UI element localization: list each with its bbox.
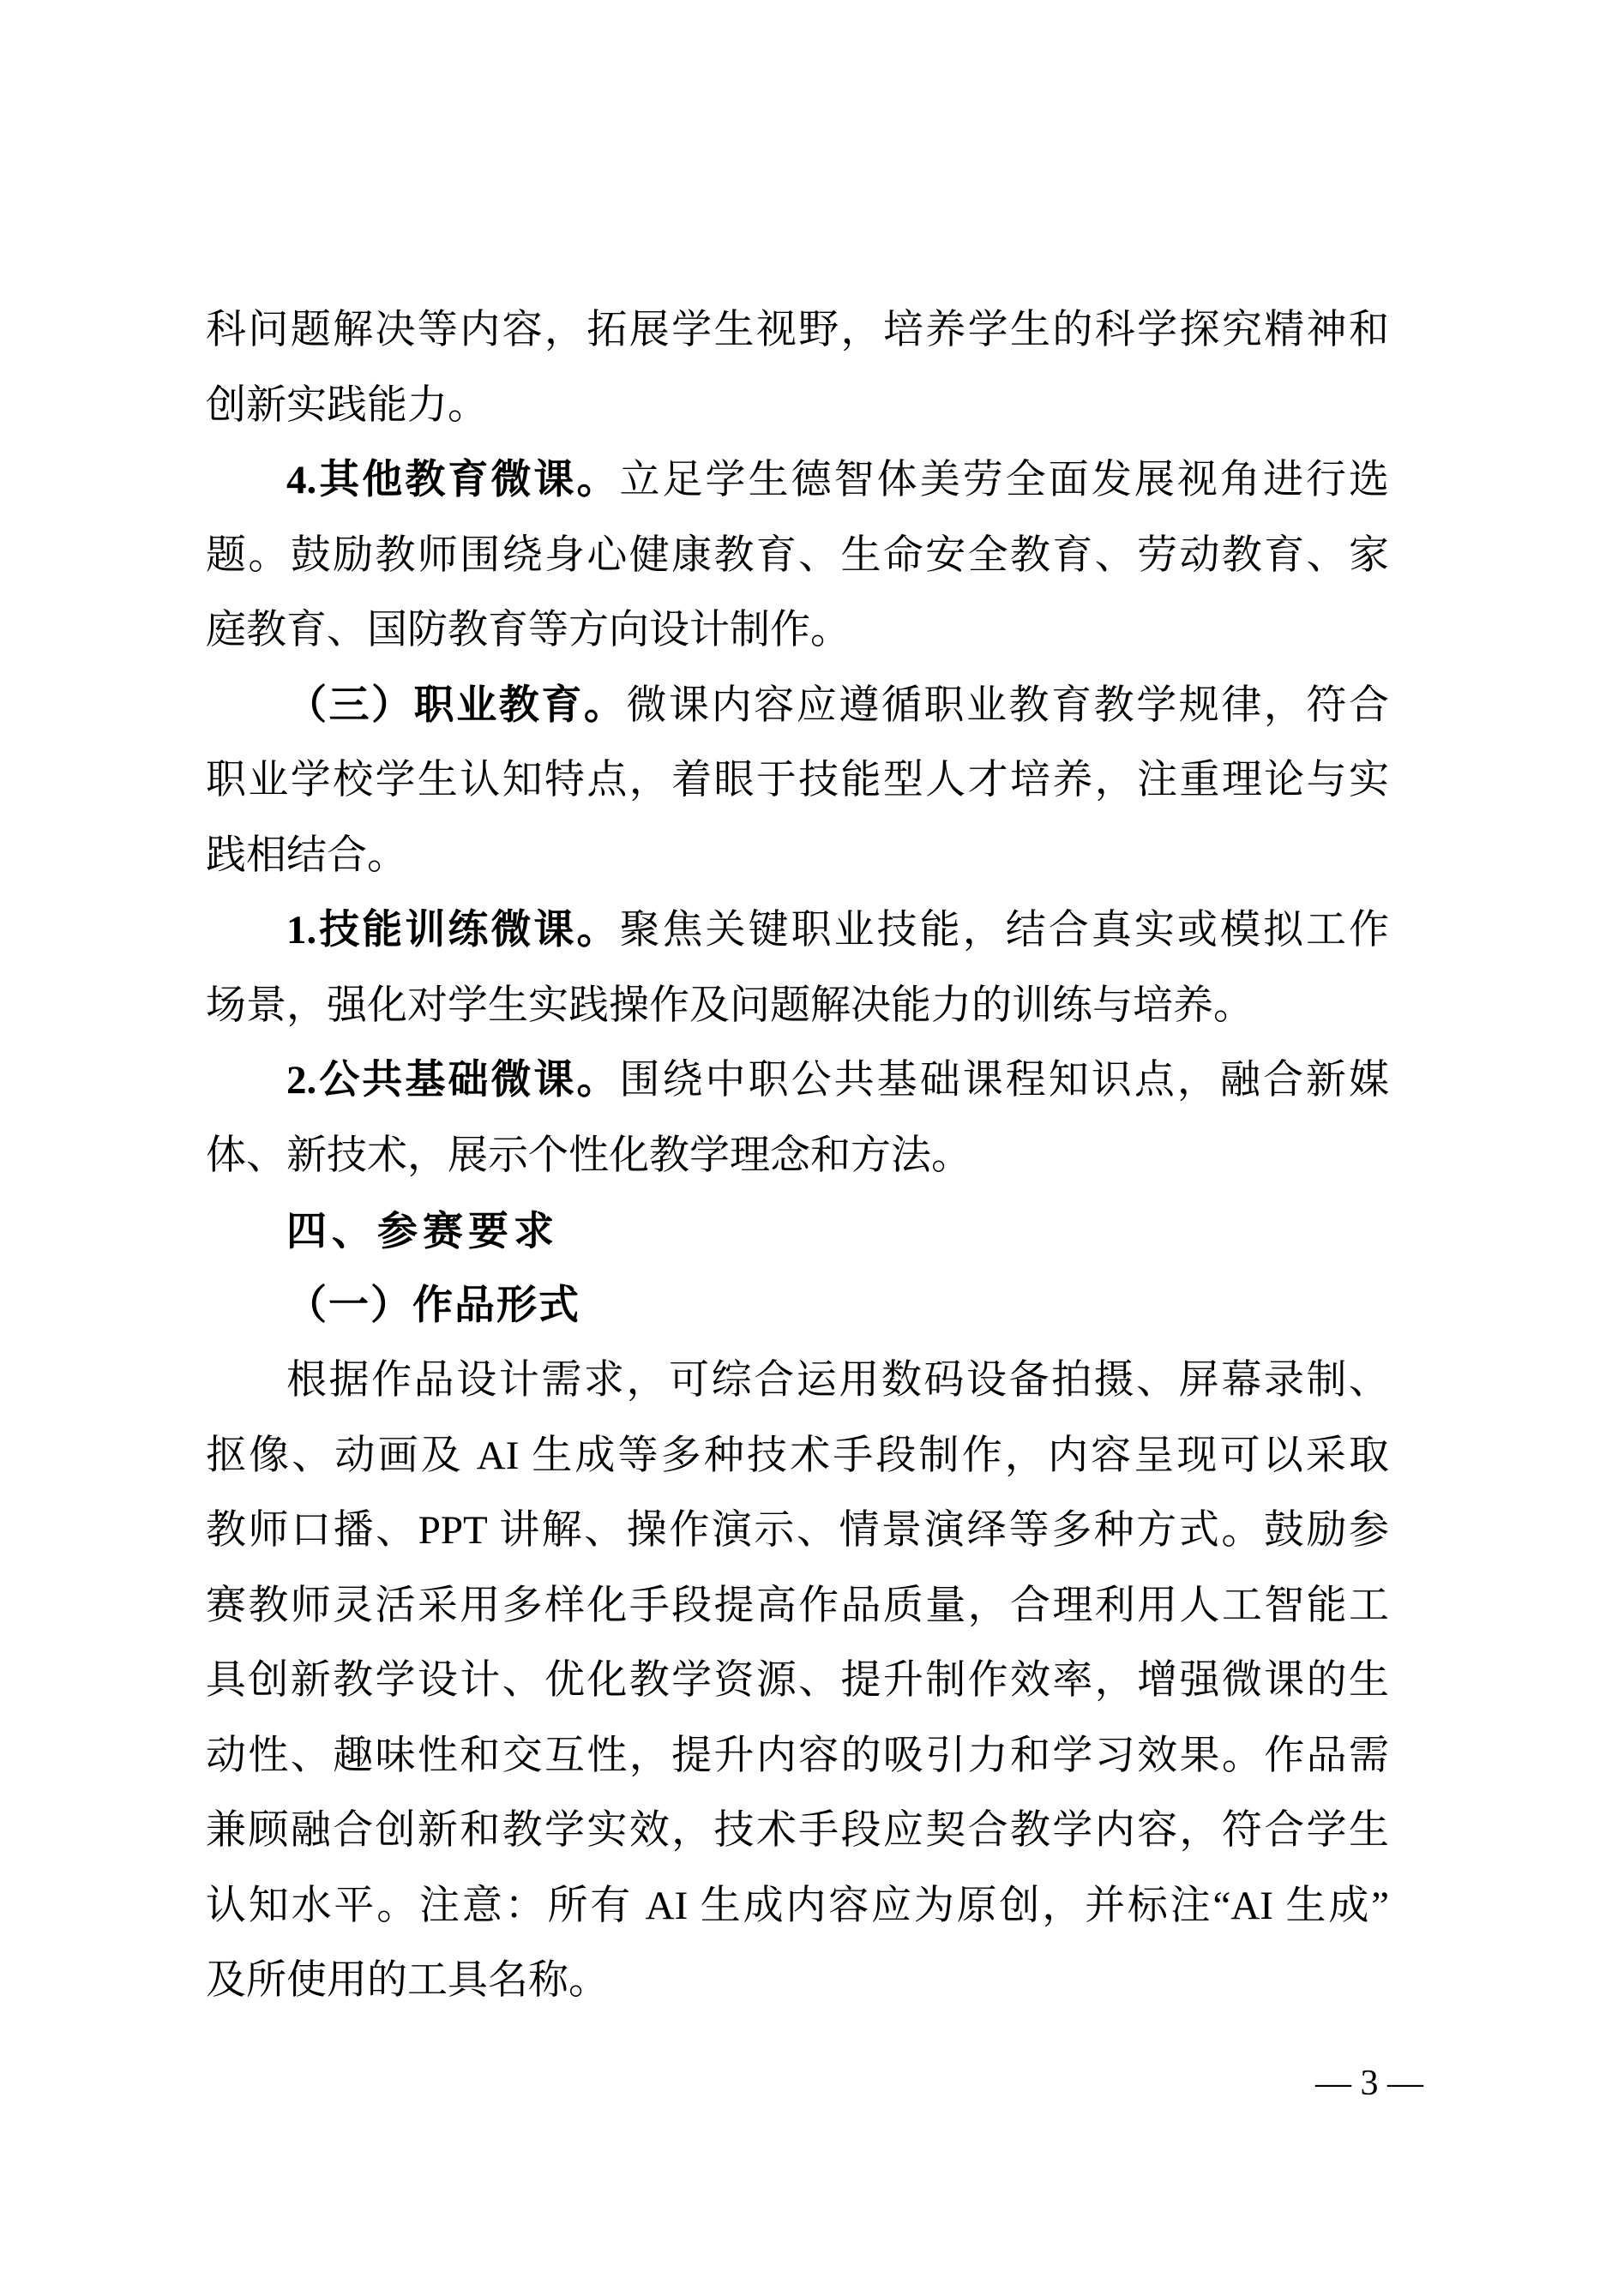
text-line-10: 场景，强化对学生实践操作及问题解决能力的训练与培养。	[206, 969, 1389, 1044]
line-text: 围绕中职公共基础课程知识点，融合新媒	[620, 1058, 1390, 1103]
line-text: 及所使用的工具名称。	[206, 1958, 609, 2003]
run-in-heading: （三）职业教育。	[286, 683, 626, 728]
text-line-9: 1.技能训练微课。聚焦关键职业技能，结合真实或模拟工作	[206, 893, 1389, 969]
text-block: 科问题解决等内容，拓展学生视野，培养学生的科学探究精神和 创新实践能力。 4.其…	[206, 293, 1389, 2019]
text-line-12: 体、新技术，展示个性化教学理念和方法。	[206, 1119, 1389, 1194]
line-text: 兼顾融合创新和教学实效，技术手段应契合教学内容，符合学生	[206, 1808, 1389, 1853]
text-line-8: 践相结合。	[206, 819, 1389, 894]
text-line-16: 抠像、动画及 AI 生成等多种技术手段制作，内容呈现可以采取	[206, 1419, 1389, 1494]
text-line-1: 科问题解决等内容，拓展学生视野，培养学生的科学探究精神和	[206, 293, 1389, 369]
line-text: 践相结合。	[206, 833, 407, 878]
line-text: 认知水平。注意：所有 AI 生成内容应为原创，并标注“AI 生成”	[206, 1884, 1389, 1928]
line-text: 微课内容应遵循职业教育教学规律，符合	[626, 683, 1389, 728]
text-line-11: 2.公共基础微课。围绕中职公共基础课程知识点，融合新媒	[206, 1043, 1389, 1119]
section-heading-text: 四、参赛要求	[286, 1208, 559, 1253]
sub-heading-text: （一）作品形式	[286, 1283, 580, 1328]
text-line-22: 认知水平。注意：所有 AI 生成内容应为原创，并标注“AI 生成”	[206, 1869, 1389, 1944]
line-text: 聚焦关键职业技能，结合真实或模拟工作	[620, 908, 1390, 953]
text-line-19: 具创新教学设计、优化教学资源、提升制作效率，增强微课的生	[206, 1644, 1389, 1719]
line-text: 根据作品设计需求，可综合运用数码设备拍摄、屏幕录制、	[286, 1358, 1389, 1403]
line-text: 题。鼓励教师围绕身心健康教育、生命安全教育、劳动教育、家	[206, 533, 1389, 578]
line-text: 职业学校学生认知特点，着眼于技能型人才培养，注重理论与实	[206, 758, 1389, 802]
line-text: 具创新教学设计、优化教学资源、提升制作效率，增强微课的生	[206, 1658, 1389, 1703]
line-text: 场景，强化对学生实践操作及问题解决能力的训练与培养。	[206, 983, 1254, 1028]
text-line-21: 兼顾融合创新和教学实效，技术手段应契合教学内容，符合学生	[206, 1794, 1389, 1869]
text-line-4: 题。鼓励教师围绕身心健康教育、生命安全教育、劳动教育、家	[206, 519, 1389, 594]
line-text: 赛教师灵活采用多样化手段提高作品质量，合理利用人工智能工	[206, 1584, 1389, 1628]
sub-heading: （一）作品形式	[206, 1269, 1389, 1344]
text-line-18: 赛教师灵活采用多样化手段提高作品质量，合理利用人工智能工	[206, 1569, 1389, 1644]
document-page: 科问题解决等内容，拓展学生视野，培养学生的科学探究精神和 创新实践能力。 4.其…	[0, 0, 1624, 2296]
line-text: 立足学生德智体美劳全面发展视角进行选	[620, 458, 1390, 502]
line-text: 科问题解决等内容，拓展学生视野，培养学生的科学探究精神和	[206, 308, 1389, 352]
text-line-7: 职业学校学生认知特点，着眼于技能型人才培养，注重理论与实	[206, 743, 1389, 819]
line-text: 动性、趣味性和交互性，提升内容的吸引力和学习效果。作品需	[206, 1734, 1389, 1778]
section-heading: 四、参赛要求	[206, 1193, 1389, 1269]
page-number: — 3 —	[1315, 2058, 1423, 2109]
text-line-15: 根据作品设计需求，可综合运用数码设备拍摄、屏幕录制、	[206, 1343, 1389, 1419]
text-line-6: （三）职业教育。微课内容应遵循职业教育教学规律，符合	[206, 669, 1389, 744]
line-text: 教师口播、PPT 讲解、操作演示、情景演绎等多种方式。鼓励参	[206, 1508, 1389, 1553]
line-text: 抠像、动画及 AI 生成等多种技术手段制作，内容呈现可以采取	[206, 1433, 1389, 1478]
text-line-5: 庭教育、国防教育等方向设计制作。	[206, 593, 1389, 669]
text-line-23: 及所使用的工具名称。	[206, 1944, 1389, 2019]
text-line-3: 4.其他教育微课。立足学生德智体美劳全面发展视角进行选	[206, 443, 1389, 519]
text-line-17: 教师口播、PPT 讲解、操作演示、情景演绎等多种方式。鼓励参	[206, 1494, 1389, 1569]
line-text: 庭教育、国防教育等方向设计制作。	[206, 608, 851, 652]
run-in-heading: 1.技能训练微课。	[286, 908, 620, 953]
run-in-heading: 4.其他教育微课。	[286, 458, 620, 502]
run-in-heading: 2.公共基础微课。	[286, 1058, 620, 1103]
line-text: 体、新技术，展示个性化教学理念和方法。	[206, 1133, 971, 1178]
text-line-2: 创新实践能力。	[206, 369, 1389, 444]
text-line-20: 动性、趣味性和交互性，提升内容的吸引力和学习效果。作品需	[206, 1719, 1389, 1794]
line-text: 创新实践能力。	[206, 383, 488, 428]
